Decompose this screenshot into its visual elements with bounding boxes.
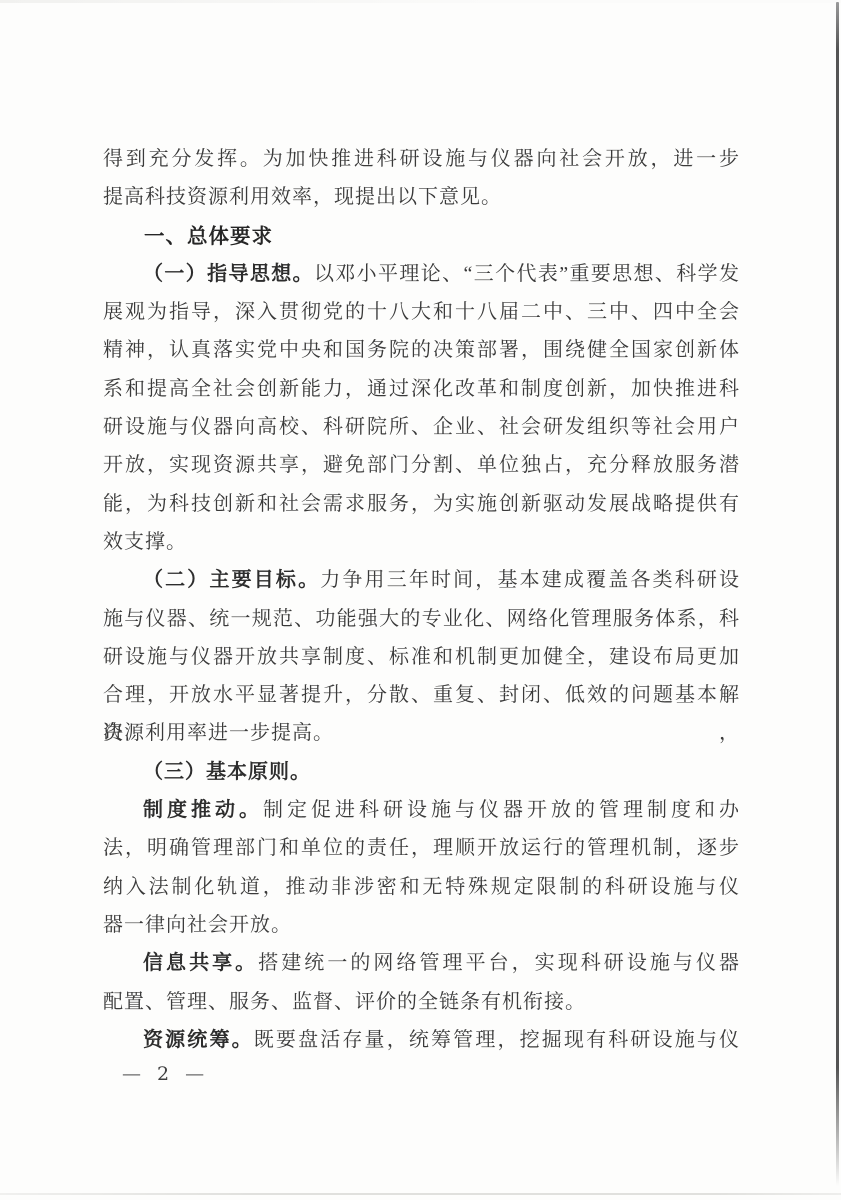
line-text: 力争用三年时间，基本建成覆盖各类科研设 [320,569,740,591]
scan-edge-top [0,0,841,3]
paragraph-lead: 制度推动。 [143,799,263,821]
text-line: 制度推动。制定促进科研设施与仪器开放的管理制度和办 [103,791,740,829]
text-line: 合理，开放水平显著提升，分散、重复、封闭、低效的问题基本解决， [103,676,740,714]
text-line: 纳入法制化轨道，推动非涉密和无特殊规定限制的科研设施与仪 [103,868,740,906]
text-line: 配置、管理、服务、监督、评价的全链条有机衔接。 [103,983,740,1021]
scan-edge-bottom [0,1193,841,1195]
page-number: 2 [157,1063,169,1085]
text-line: 提高科技资源利用效率，现提出以下意见。 [103,178,740,216]
text-line: 资源统筹。既要盘活存量，统筹管理，挖掘现有科研设施与仪 [103,1021,740,1059]
text-line: 得到充分发挥。为加快推进科研设施与仪器向社会开放，进一步 [103,140,740,178]
text-line: （一）指导思想。以邓小平理论、“三个代表”重要思想、科学发 [103,255,740,293]
document-body: 得到充分发挥。为加快推进科研设施与仪器向社会开放，进一步提高科技资源利用效率，现… [103,140,740,1059]
footer-dash-left: — [122,1063,141,1085]
text-line: 展观为指导，深入贯彻党的十八大和十八届二中、三中、四中全会 [103,293,740,331]
text-line: 器一律向社会开放。 [103,906,740,944]
text-line: 能，为科技创新和社会需求服务，为实施创新驱动发展战略提供有 [103,485,740,523]
text-line: 研设施与仪器开放共享制度、标准和机制更加健全，建设布局更加 [103,638,740,676]
footer-dash-right: — [185,1063,204,1085]
line-text: 以邓小平理论、“三个代表”重要思想、科学发 [314,263,740,285]
line-text: 制定促进科研设施与仪器开放的管理制度和办 [263,799,740,821]
text-line: 开放，实现资源共享，避免部门分割、单位独占，充分释放服务潜 [103,446,740,484]
text-line: 系和提高全社会创新能力，通过深化改革和制度创新，加快推进科 [103,370,740,408]
text-line: 信息共享。搭建统一的网络管理平台，实现科研设施与仪器 [103,944,740,982]
line-text: 搭建统一的网络管理平台，实现科研设施与仪器 [258,952,740,974]
document-page: 得到充分发挥。为加快推进科研设施与仪器向社会开放，进一步提高科技资源利用效率，现… [0,0,841,1200]
paragraph-lead: 资源统筹。 [143,1029,254,1051]
text-line: 施与仪器、统一规范、功能强大的专业化、网络化管理服务体系，科 [103,600,740,638]
text-line: 一、总体要求 [103,217,740,255]
scan-edge-right [836,2,839,1186]
paragraph-lead: （二）主要目标。 [143,569,320,591]
text-line: 研设施与仪器向高校、科研院所、企业、社会研发组织等社会用户 [103,408,740,446]
text-line: 精神，认真落实党中央和国务院的决策部署，围绕健全国家创新体 [103,331,740,369]
page-footer: —2— [122,1058,204,1090]
text-line: 法，明确管理部门和单位的责任，理顺开放运行的管理机制，逐步 [103,829,740,867]
line-text: 既要盘活存量，统筹管理，挖掘现有科研设施与仪 [254,1029,740,1051]
paragraph-lead: 信息共享。 [143,952,258,974]
paragraph-lead: （一）指导思想。 [143,263,314,285]
text-line: （二）主要目标。力争用三年时间，基本建成覆盖各类科研设 [103,561,740,599]
text-line: （三）基本原则。 [103,753,740,791]
text-line: 效支撑。 [103,523,740,561]
